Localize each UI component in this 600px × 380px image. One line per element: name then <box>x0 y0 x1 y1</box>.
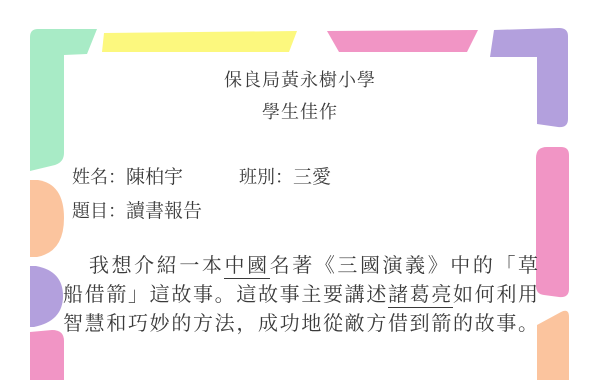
essay-text: 名著《三國演義》中的「草 <box>270 255 538 277</box>
document-page: 保良局黃永樹小學 學生佳作 姓名：陳柏宇班別：三愛 題目：讀書報告 我想介紹一本… <box>0 0 600 380</box>
essay-text: 智慧和巧妙的方法，成功地從敵方借到箭的故事。 <box>63 313 538 335</box>
topic-label: 題目： <box>72 201 126 221</box>
topic-row: 題目：讀書報告 <box>72 196 202 223</box>
proper-noun-underlined: 諸葛亮 <box>388 284 453 308</box>
topic-value: 讀書報告 <box>126 201 202 222</box>
essay-line: 智慧和巧妙的方法，成功地從敵方借到箭的故事。 <box>63 310 538 339</box>
name-value: 陳柏宇 <box>126 167 183 188</box>
essay-text: 如何利用 <box>453 284 538 306</box>
purple-halfcircle-left-shape <box>30 266 63 327</box>
pink-bar-right-shape <box>536 147 569 297</box>
proper-noun-underlined: 中國 <box>224 255 269 279</box>
class-value: 三愛 <box>293 167 331 188</box>
pink-bar-bottom-left-shape <box>30 330 64 380</box>
student-info-row: 姓名：陳柏宇班別：三愛 <box>72 162 331 189</box>
name-label: 姓名： <box>72 167 126 187</box>
yellow-trapezoid-shape <box>102 31 297 52</box>
essay-line: 船借箭」這故事。這故事主要講述諸葛亮如何利用 <box>63 281 538 310</box>
pink-trapezoid-shape <box>327 30 478 52</box>
page-subtitle: 學生佳作 <box>0 98 600 124</box>
essay-paragraph: 我想介紹一本中國名著《三國演義》中的「草船借箭」這故事。這故事主要講述諸葛亮如何… <box>63 252 538 339</box>
orange-halfcircle-left-shape <box>30 180 64 257</box>
school-name: 保良局黃永樹小學 <box>0 66 600 92</box>
essay-line: 我想介紹一本中國名著《三國演義》中的「草 <box>63 252 538 281</box>
orange-bar-bottom-right-shape <box>537 311 569 380</box>
essay-text: 我想介紹一本 <box>89 255 224 277</box>
class-label: 班別： <box>239 167 293 187</box>
essay-text: 船借箭」這故事。這故事主要講述 <box>63 284 388 306</box>
